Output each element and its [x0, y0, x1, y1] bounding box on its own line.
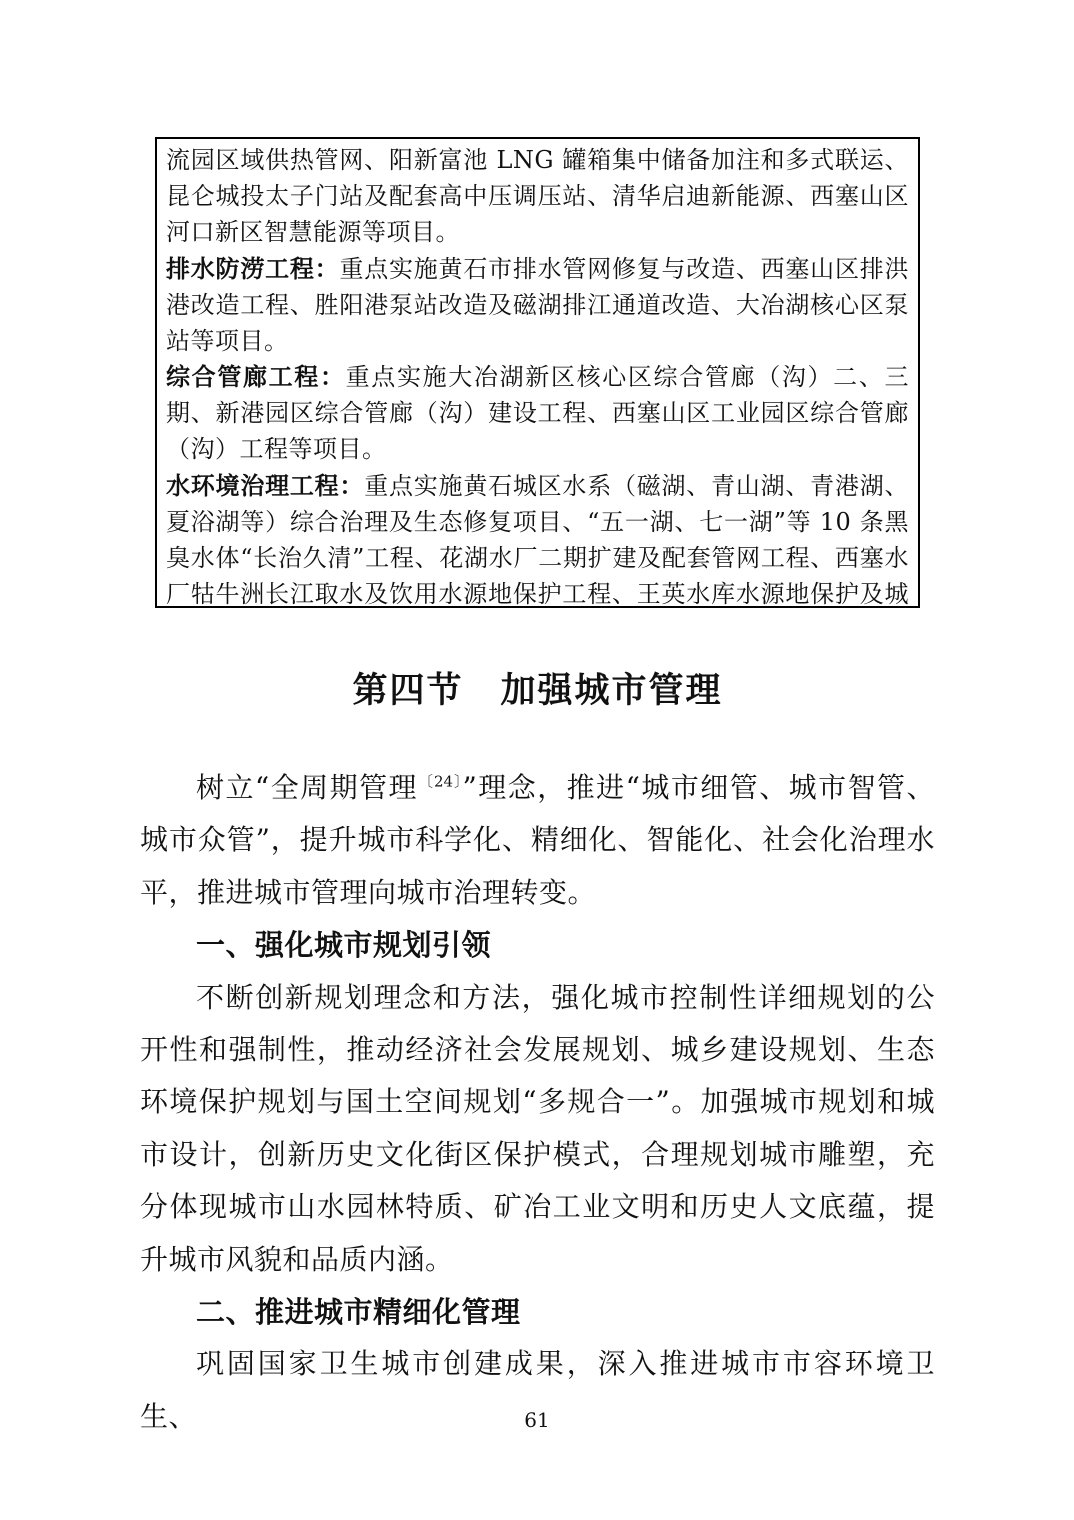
key-projects-box: 流园区域供热管网、阳新富池 LNG 罐箱集中储备加注和多式联运、昆仑城投太子门站… [155, 137, 920, 608]
box-paragraph-label: 综合管廊工程： [166, 362, 346, 391]
section-title: 第四节 加强城市管理 [140, 663, 935, 713]
box-paragraph-label: 排水防涝工程： [166, 254, 339, 283]
sub-heading-1: 一、强化城市规划引领 [140, 919, 935, 971]
sub-heading-2: 二、推进城市精细化管理 [140, 1286, 935, 1338]
footnote-ref-24: 〔24〕 [418, 773, 462, 791]
paragraph-text-lead: 树立“全周期管理 [196, 771, 418, 804]
box-paragraph-utility-corridor: 综合管廊工程：重点实施大冶湖新区核心区综合管廊（沟）二、三期、新港园区综合管廊（… [166, 359, 909, 468]
body-paragraph-1: 树立“全周期管理〔24〕”理念，推进“城市细管、城市智管、城市众管”，提升城市科… [140, 762, 935, 919]
box-paragraph-continuation: 流园区域供热管网、阳新富池 LNG 罐箱集中储备加注和多式联运、昆仑城投太子门站… [166, 142, 909, 251]
page-number: 61 [0, 1408, 1074, 1432]
document-page: 流园区域供热管网、阳新富池 LNG 罐箱集中储备加注和多式联运、昆仑城投太子门站… [0, 0, 1074, 1520]
body-paragraph-2: 不断创新规划理念和方法，强化城市控制性详细规划的公开性和强制性，推动经济社会发展… [140, 972, 935, 1286]
box-paragraph-text: 流园区域供热管网、阳新富池 LNG 罐箱集中储备加注和多式联运、昆仑城投太子门站… [166, 146, 909, 246]
body-content: 树立“全周期管理〔24〕”理念，推进“城市细管、城市智管、城市众管”，提升城市科… [140, 762, 935, 1443]
box-paragraph-label: 水环境治理工程： [166, 471, 364, 500]
box-paragraph-drainage: 排水防涝工程：重点实施黄石市排水管网修复与改造、西塞山区排洪港改造工程、胜阳港泵… [166, 251, 909, 360]
box-paragraph-water-environment: 水环境治理工程：重点实施黄石城区水系（磁湖、青山湖、青港湖、夏浴湖等）综合治理及… [166, 468, 909, 608]
